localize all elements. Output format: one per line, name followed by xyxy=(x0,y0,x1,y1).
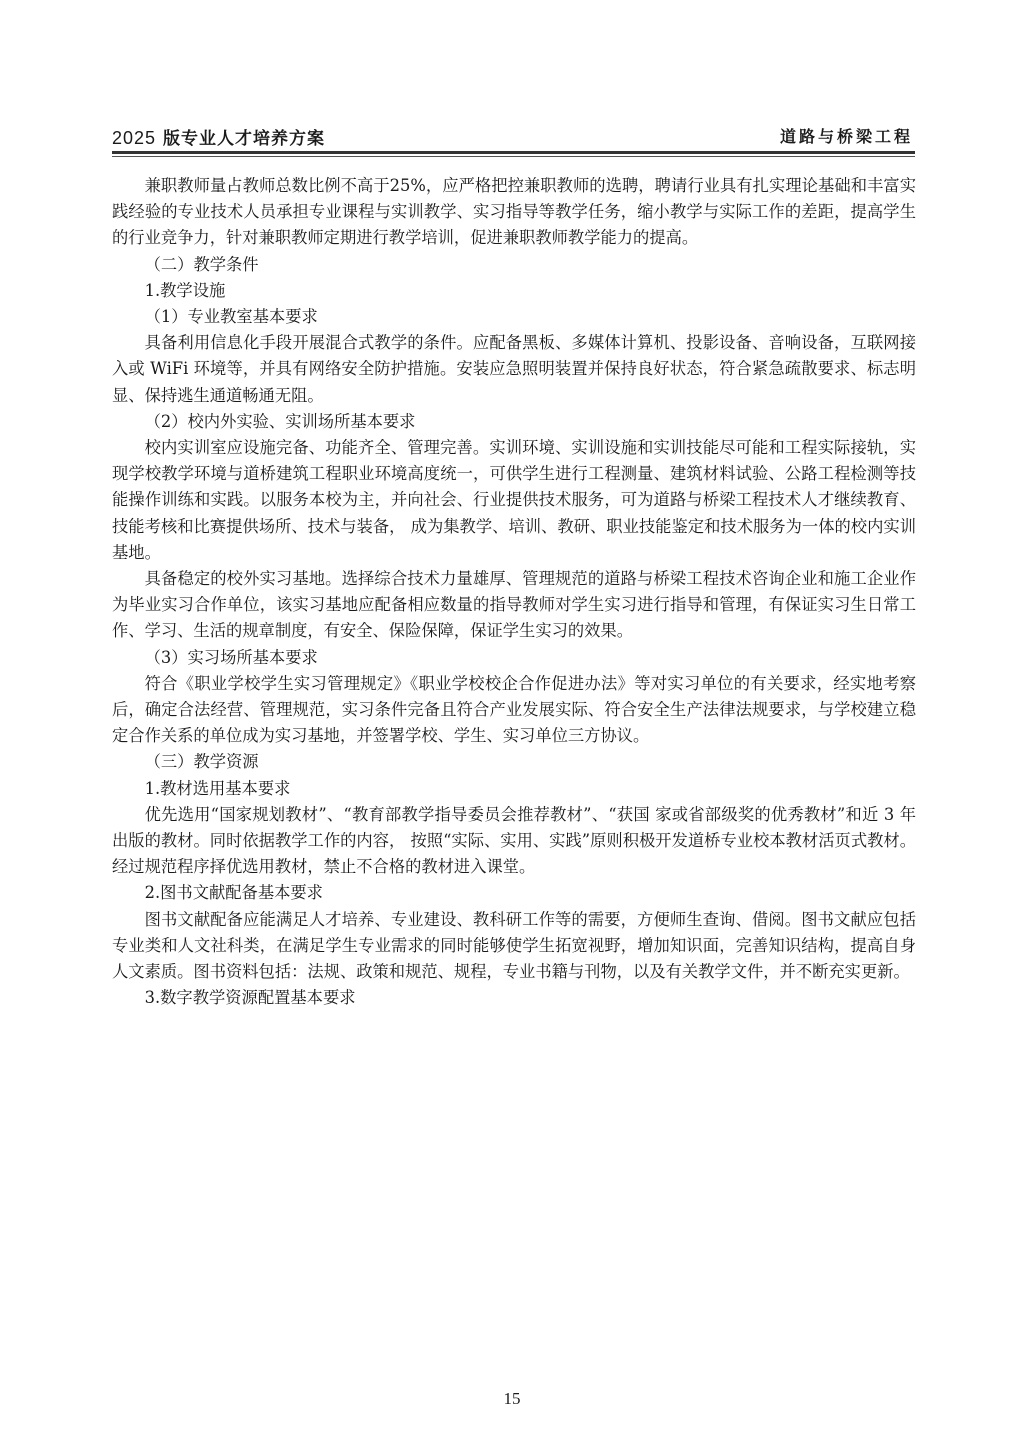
paragraph-internship-sites: 符合《职业学校学生实习管理规定》《职业学校校企合作促进办法》等对实习单位的有关要… xyxy=(112,671,916,750)
subsection-heading-teaching-facilities: 1.教学设施 xyxy=(112,278,916,304)
header-document-title: 2025 版专业人才培养方案 xyxy=(112,124,325,149)
page-header: 2025 版专业人才培养方案 道路与桥梁工程 xyxy=(112,124,915,150)
page-number: 15 xyxy=(0,1389,1024,1409)
item-heading-classroom-requirements: （1）专业教室基本要求 xyxy=(112,304,916,330)
section-heading-teaching-resources: （三）教学资源 xyxy=(112,749,916,775)
subsection-heading-library-resources: 2.图书文献配备基本要求 xyxy=(112,880,916,906)
paragraph-off-campus-base: 具备稳定的校外实习基地。选择综合技术力量雄厚、管理规范的道路与桥梁工程技术咨询企… xyxy=(112,566,916,645)
item-heading-training-sites: （2）校内外实验、实训场所基本要求 xyxy=(112,409,916,435)
paragraph-textbook-selection: 优先选用“国家规划教材”、“教育部教学指导委员会推荐教材”、“获国 家或省部级奖… xyxy=(112,802,916,881)
item-heading-internship-sites: （3）实习场所基本要求 xyxy=(112,645,916,671)
header-divider xyxy=(112,151,915,157)
paragraph-part-time-teachers: 兼职教师量占教师总数比例不高于25%，应严格把控兼职教师的选聘，聘请行业具有扎实… xyxy=(112,173,916,252)
page-content: 兼职教师量占教师总数比例不高于25%，应严格把控兼职教师的选聘，聘请行业具有扎实… xyxy=(112,173,916,1012)
header-major-name: 道路与桥梁工程 xyxy=(780,124,913,147)
paragraph-library-resources: 图书文献配备应能满足人才培养、专业建设、教科研工作等的需要，方便师生查询、借阅。… xyxy=(112,907,916,986)
header-year: 2025 xyxy=(112,128,156,148)
header-title: 版专业人才培养方案 xyxy=(163,129,325,149)
subsection-heading-textbook-selection: 1.教材选用基本要求 xyxy=(112,776,916,802)
section-heading-teaching-conditions: （二）教学条件 xyxy=(112,252,916,278)
paragraph-on-campus-training: 校内实训室应设施完备、功能齐全、管理完善。实训环境、实训设施和实训技能尽可能和工… xyxy=(112,435,916,566)
subsection-heading-digital-resources: 3.数字教学资源配置基本要求 xyxy=(112,985,916,1011)
paragraph-classroom-requirements: 具备利用信息化手段开展混合式教学的条件。应配备黑板、多媒体计算机、投影设备、音响… xyxy=(112,330,916,409)
